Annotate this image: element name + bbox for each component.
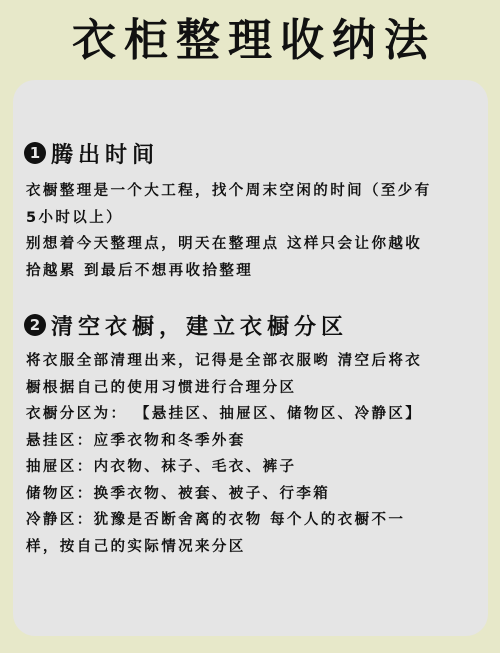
section-1-heading-text: 腾出时间 (51, 138, 159, 169)
zone-storage-line: 储物区：换季衣物、被套、被子、行李箱 (26, 481, 476, 508)
body-line: 别想着今天整理点，明天在整理点 这样只会让你越收 (26, 231, 476, 258)
circled-number-1-icon: 1 (24, 142, 46, 164)
zone-cooldown-line: 冷静区：犹豫是否断舍离的衣物 每个人的衣橱不一 (26, 507, 476, 534)
section-2-heading: 2 清空衣橱，建立衣橱分区 (24, 308, 488, 342)
circled-number-2-icon: 2 (24, 314, 46, 336)
zone-hanging-line: 悬挂区：应季衣物和冬季外套 (26, 428, 476, 455)
zone-drawer-line: 抽屉区：内衣物、袜子、毛衣、裤子 (26, 454, 476, 481)
section-1: 1 腾出时间 衣橱整理是一个大工程，找个周末空闲的时间（至少有 5小时以上） 别… (13, 136, 488, 284)
zone-list-line: 衣橱分区为： 【悬挂区、抽屉区、储物区、冷静区】 (26, 401, 476, 428)
section-1-body: 衣橱整理是一个大工程，找个周末空闲的时间（至少有 5小时以上） 别想着今天整理点… (26, 178, 476, 284)
section-1-heading: 1 腾出时间 (24, 136, 488, 170)
body-line: 样，按自己的实际情况来分区 (26, 534, 476, 561)
page-title: 衣柜整理收纳法 (0, 14, 500, 68)
body-line: 拾越累 到最后不想再收拾整理 (26, 258, 476, 285)
section-2-heading-text: 清空衣橱，建立衣橱分区 (51, 310, 348, 341)
body-line: 将衣服全部清理出来，记得是全部衣服哟 清空后将衣 (26, 348, 476, 375)
section-2: 2 清空衣橱，建立衣橱分区 将衣服全部清理出来，记得是全部衣服哟 清空后将衣 橱… (13, 308, 488, 560)
body-line: 衣橱整理是一个大工程，找个周末空闲的时间（至少有 (26, 178, 476, 205)
content-card: 1 腾出时间 衣橱整理是一个大工程，找个周末空闲的时间（至少有 5小时以上） 别… (13, 80, 488, 636)
body-line: 5小时以上） (26, 205, 476, 232)
section-2-body: 将衣服全部清理出来，记得是全部衣服哟 清空后将衣 橱根据自己的使用习惯进行合理分… (26, 348, 476, 560)
body-line: 橱根据自己的使用习惯进行合理分区 (26, 375, 476, 402)
